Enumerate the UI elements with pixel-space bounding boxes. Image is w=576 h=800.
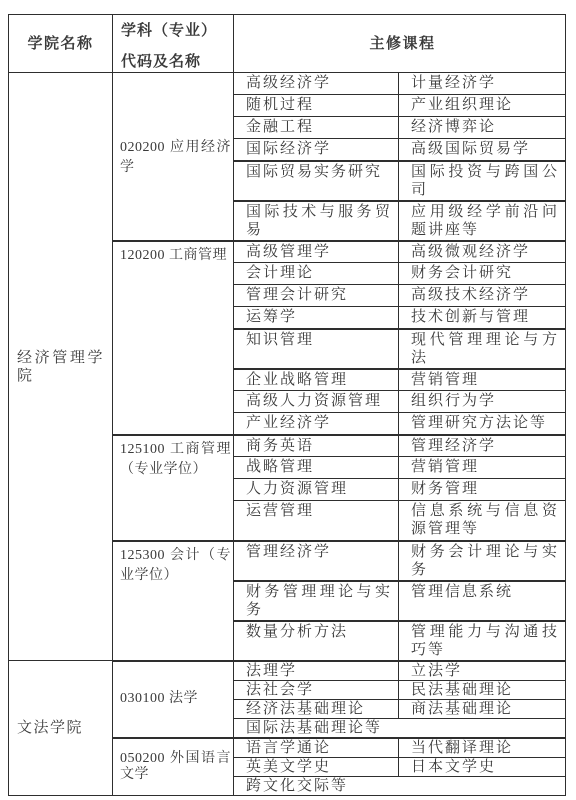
course-cell: 计量经济学 (399, 73, 566, 95)
course-cell: 高级技术经济学 (399, 285, 566, 307)
course-cell: 财务管理理论与实务 (234, 581, 399, 621)
course-cell: 高级国际贸易学 (399, 139, 566, 161)
course-cell: 财务会计研究 (399, 263, 566, 285)
document-page: 学院名称 学科（专业） 代码及名称 主修课程 经济管理学院 020200 应用经… (0, 0, 576, 800)
course-cell: 会计理论 (234, 263, 399, 285)
course-cell: 产业经济学 (234, 413, 399, 435)
course-cell: 组织行为学 (399, 391, 566, 413)
course-cell: 商务英语 (234, 435, 399, 457)
major-code-cell: 120200 工商管理 (113, 241, 234, 435)
table-row: 经济管理学院 020200 应用经济学 高级经济学 计量经济学 (9, 73, 566, 95)
course-cell: 管理能力与沟通技巧等 (399, 621, 566, 661)
course-cell: 高级微观经济学 (399, 241, 566, 263)
course-cell: 金融工程 (234, 117, 399, 139)
course-cell: 当代翻译理论 (399, 738, 566, 758)
header-courses: 主修课程 (234, 15, 566, 73)
major-code-cell: 125100 工商管理（专业学位） (113, 435, 234, 541)
course-cell: 国际投资与跨国公司 (399, 161, 566, 201)
course-cell: 管理经济学 (234, 541, 399, 581)
course-cell: 英美文学史 (234, 757, 399, 776)
course-cell: 运营管理 (234, 501, 399, 541)
header-major-line2: 代码及名称 (121, 54, 201, 70)
course-cell: 技术创新与管理 (399, 307, 566, 329)
course-cell: 数量分析方法 (234, 621, 399, 661)
course-cell: 财务管理 (399, 479, 566, 501)
course-cell: 跨文化交际等 (234, 776, 566, 795)
header-row: 学院名称 学科（专业） 代码及名称 主修课程 (9, 15, 566, 73)
course-cell: 商法基础理论 (399, 699, 566, 718)
course-cell: 企业战略管理 (234, 369, 399, 391)
course-cell: 日本文学史 (399, 757, 566, 776)
college-name-cell: 经济管理学院 (9, 73, 113, 661)
course-cell: 运筹学 (234, 307, 399, 329)
course-cell: 高级经济学 (234, 73, 399, 95)
course-cell: 财务会计理论与实务 (399, 541, 566, 581)
course-cell: 战略管理 (234, 457, 399, 479)
course-cell: 信息系统与信息资源管理等 (399, 501, 566, 541)
major-code-cell: 050200 外国语言文学 (113, 738, 234, 796)
course-cell: 管理信息系统 (399, 581, 566, 621)
major-code-cell: 020200 应用经济学 (113, 73, 234, 241)
course-cell: 人力资源管理 (234, 479, 399, 501)
course-cell: 管理经济学 (399, 435, 566, 457)
table-row: 文法学院 030100 法学 法理学 立法学 (9, 661, 566, 681)
course-cell: 法社会学 (234, 680, 399, 699)
header-college-name: 学院名称 (9, 15, 113, 73)
course-cell: 语言学通论 (234, 738, 399, 758)
course-cell: 立法学 (399, 661, 566, 681)
course-cell: 营销管理 (399, 369, 566, 391)
course-cell: 经济博弈论 (399, 117, 566, 139)
course-cell: 高级管理学 (234, 241, 399, 263)
course-cell: 民法基础理论 (399, 680, 566, 699)
course-cell: 法理学 (234, 661, 399, 681)
course-cell: 国际技术与服务贸易 (234, 201, 399, 241)
major-code-cell: 030100 法学 (113, 661, 234, 738)
college-name-cell: 文法学院 (9, 661, 113, 796)
course-cell: 高级人力资源管理 (234, 391, 399, 413)
major-code-cell: 125300 会计（专业学位） (113, 541, 234, 661)
header-major-line1: 学科（专业） (121, 22, 231, 40)
course-cell: 应用级经学前沿问题讲座等 (399, 201, 566, 241)
course-cell: 现代管理理论与方法 (399, 329, 566, 369)
course-cell: 国际法基础理论等 (234, 718, 566, 738)
course-cell: 知识管理 (234, 329, 399, 369)
course-cell: 随机过程 (234, 95, 399, 117)
course-cell: 经济法基础理论 (234, 699, 399, 718)
course-cell: 管理会计研究 (234, 285, 399, 307)
course-cell: 产业组织理论 (399, 95, 566, 117)
course-cell: 营销管理 (399, 457, 566, 479)
course-cell: 管理研究方法论等 (399, 413, 566, 435)
course-cell: 国际经济学 (234, 139, 399, 161)
course-cell: 国际贸易实务研究 (234, 161, 399, 201)
header-major-code: 学科（专业） 代码及名称 (113, 15, 234, 73)
programs-table: 学院名称 学科（专业） 代码及名称 主修课程 经济管理学院 020200 应用经… (8, 14, 566, 796)
